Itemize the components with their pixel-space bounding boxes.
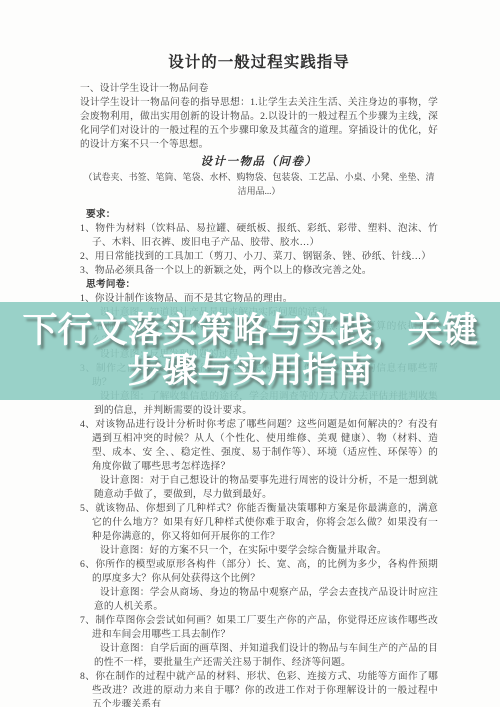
section-heading: 一、设计学生设计一物品问卷 bbox=[80, 82, 438, 96]
question-text: 8、你在制作的过程中就产品的材料、形状、色彩、连接方式、功能等方面作了哪些改进？… bbox=[80, 670, 438, 707]
question-text: 7、制作草图你会尝试如何画？如果工厂要生产你的产品，你觉得还应该作哪些改进和车间… bbox=[80, 614, 438, 642]
item-examples: （试卷夹、书签、笔筒、笔袋、水杯、购物袋、包装袋、工艺品、小桌、小凳、坐垫、清洁… bbox=[80, 170, 438, 198]
design-intent: 设计意图：自学后面的画草图、并知道我们设计的物品与车间生产的产品的目的性不一样，… bbox=[94, 642, 438, 670]
design-intent: 设计意图：学会从商场、身边的物品中观察产品，学会去查找产品设计时应注意的人机关系… bbox=[94, 586, 438, 614]
requirement-item: 1、物件为材料（饮料品、易拉罐、硬纸板、报纸、彩纸、彩带、塑料、泡沫、竹子、木料… bbox=[80, 222, 438, 250]
thinking-label: 思考问卷： bbox=[86, 278, 438, 292]
intro-paragraph: 设计学生设计一物品问卷的指导思想：1.让学生去关注生活、关注身边的事物，学会废物… bbox=[80, 96, 438, 152]
question-text: 4、对该物品进行设计分析时你考虑了哪些问题？这些问题是如何解决的？有没有遇到互相… bbox=[80, 418, 438, 474]
design-intent: 设计意图：好的方案不只一个，在实际中要学会综合衡量并取舍。 bbox=[94, 544, 438, 558]
requirements-label: 要求： bbox=[86, 208, 438, 222]
watermark-banner-line1: 下行文落实策略与实践，关键 bbox=[0, 311, 500, 351]
design-intent: 设计意图：对于自己想设计的物品要事先进行周密的设计分析，不是一想到就随意动手做了… bbox=[94, 474, 438, 502]
requirement-item: 2、用日常能找到的工具加工（剪刀、小刀、菜刀、钢锯条、锉、砂纸、针线…） bbox=[80, 250, 438, 264]
watermark-banner-line2: 步骤与实用指南 bbox=[0, 351, 500, 391]
document-page: 设计的一般过程实践指导 一、设计学生设计一物品问卷 设计学生设计一物品问卷的指导… bbox=[0, 0, 500, 707]
watermark-banner: 下行文落实策略与实践，关键 步骤与实用指南 bbox=[0, 302, 500, 400]
question-text: 5、就该物品、你想到了几种样式？你能否衡量决策哪种方案是你最满意的，满意它的什么… bbox=[80, 502, 438, 544]
requirement-item: 3、物品必须具备一个以上的新颖之处，两个以上的修改完善之处。 bbox=[80, 264, 438, 278]
questionnaire-title: 设计一物品（问卷） bbox=[80, 155, 438, 169]
document-title: 设计的一般过程实践指导 bbox=[80, 56, 438, 70]
question-text: 6、你所作的模型或原形各构件（部分）长、宽、高，的比例为多少，各构件预期的厚度多… bbox=[80, 558, 438, 586]
